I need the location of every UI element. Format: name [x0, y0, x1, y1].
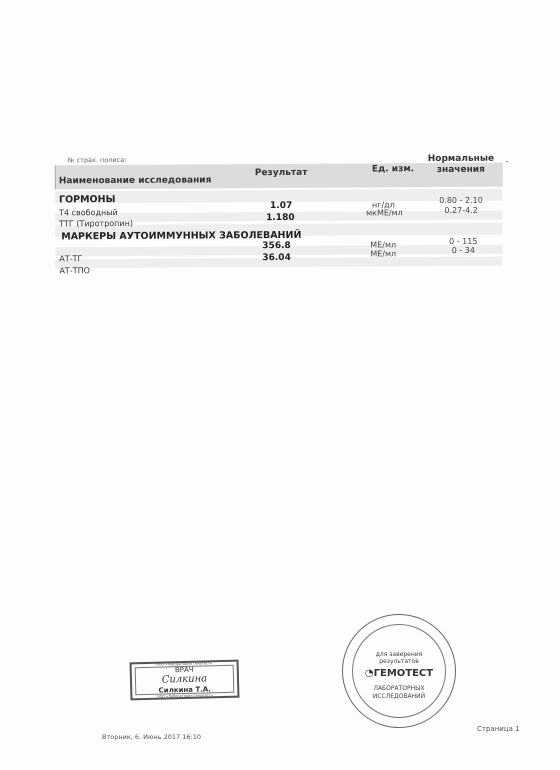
test-unit: МЕ/мл: [370, 240, 396, 249]
seal-description: ЛАБОРАТОРНЫХ ИССЛЕДОВАНИЙ: [343, 685, 455, 701]
test-normal-range: 0 - 115: [430, 237, 496, 246]
laboratory-seal: для заверения результатов ◔ГЕМОТЕСТ ЛАБО…: [342, 614, 456, 728]
test-normal-range: 0 - 34: [430, 246, 496, 255]
test-name: АТ-ТПО: [59, 266, 90, 275]
test-normal-range: 0.27-4.2: [428, 206, 494, 215]
test-result: 36.04: [262, 253, 291, 263]
seal-purpose: для заверения результатов: [343, 651, 455, 665]
column-header-unit: Ед. изм.: [372, 164, 414, 174]
section-title: ГОРМОНЫ: [59, 194, 115, 205]
seal-line3: ЛАБОРАТОРНЫХ: [343, 685, 455, 693]
test-normal-range: 0.80 - 2.10: [428, 196, 494, 205]
column-header-normal-line2: значения: [428, 165, 494, 176]
test-result: 1.07: [270, 201, 292, 211]
lab-results-page: № страх. полиса: Наименование исследован…: [0, 0, 560, 770]
seal-brand: ГЕМОТЕСТ: [374, 668, 433, 679]
margin-mark: -: [506, 157, 509, 166]
policy-number-label: № страх. полиса:: [68, 156, 127, 164]
test-name: АТ-ТГ: [59, 254, 82, 263]
test-name: ТТГ (Тиротропин): [59, 219, 133, 228]
column-header-normal: Нормальные значения: [428, 154, 494, 176]
test-result: 1.180: [266, 213, 295, 223]
gemotest-logo-icon: ◔: [365, 668, 374, 679]
test-unit: мкМЕ/мл: [366, 208, 403, 217]
doctor-stamp: ООО «Лаборатория Гемотест» ВРАЧ Силкина …: [130, 660, 240, 701]
doctor-stamp-edge-bottom: ООО «Лаборатория Гемотест»: [142, 693, 227, 699]
seal-purpose-line1: для заверения: [343, 651, 455, 658]
test-name: Т4 свободный: [59, 208, 118, 217]
column-header-name: Наименование исследования: [59, 175, 212, 186]
page-number: Страница 1: [477, 725, 520, 733]
seal-brand-logo: ◔ГЕМОТЕСТ: [343, 668, 455, 679]
column-header-normal-line1: Нормальные: [428, 154, 494, 165]
test-unit: МЕ/мл: [370, 249, 396, 258]
seal-line4: ИССЛЕДОВАНИЙ: [343, 693, 455, 701]
seal-purpose-line2: результатов: [343, 658, 455, 665]
column-header-result: Результат: [255, 168, 308, 178]
test-result: 356.8: [262, 241, 291, 251]
print-date: Вторник, 6. Июнь 2017 16:10: [102, 733, 201, 741]
